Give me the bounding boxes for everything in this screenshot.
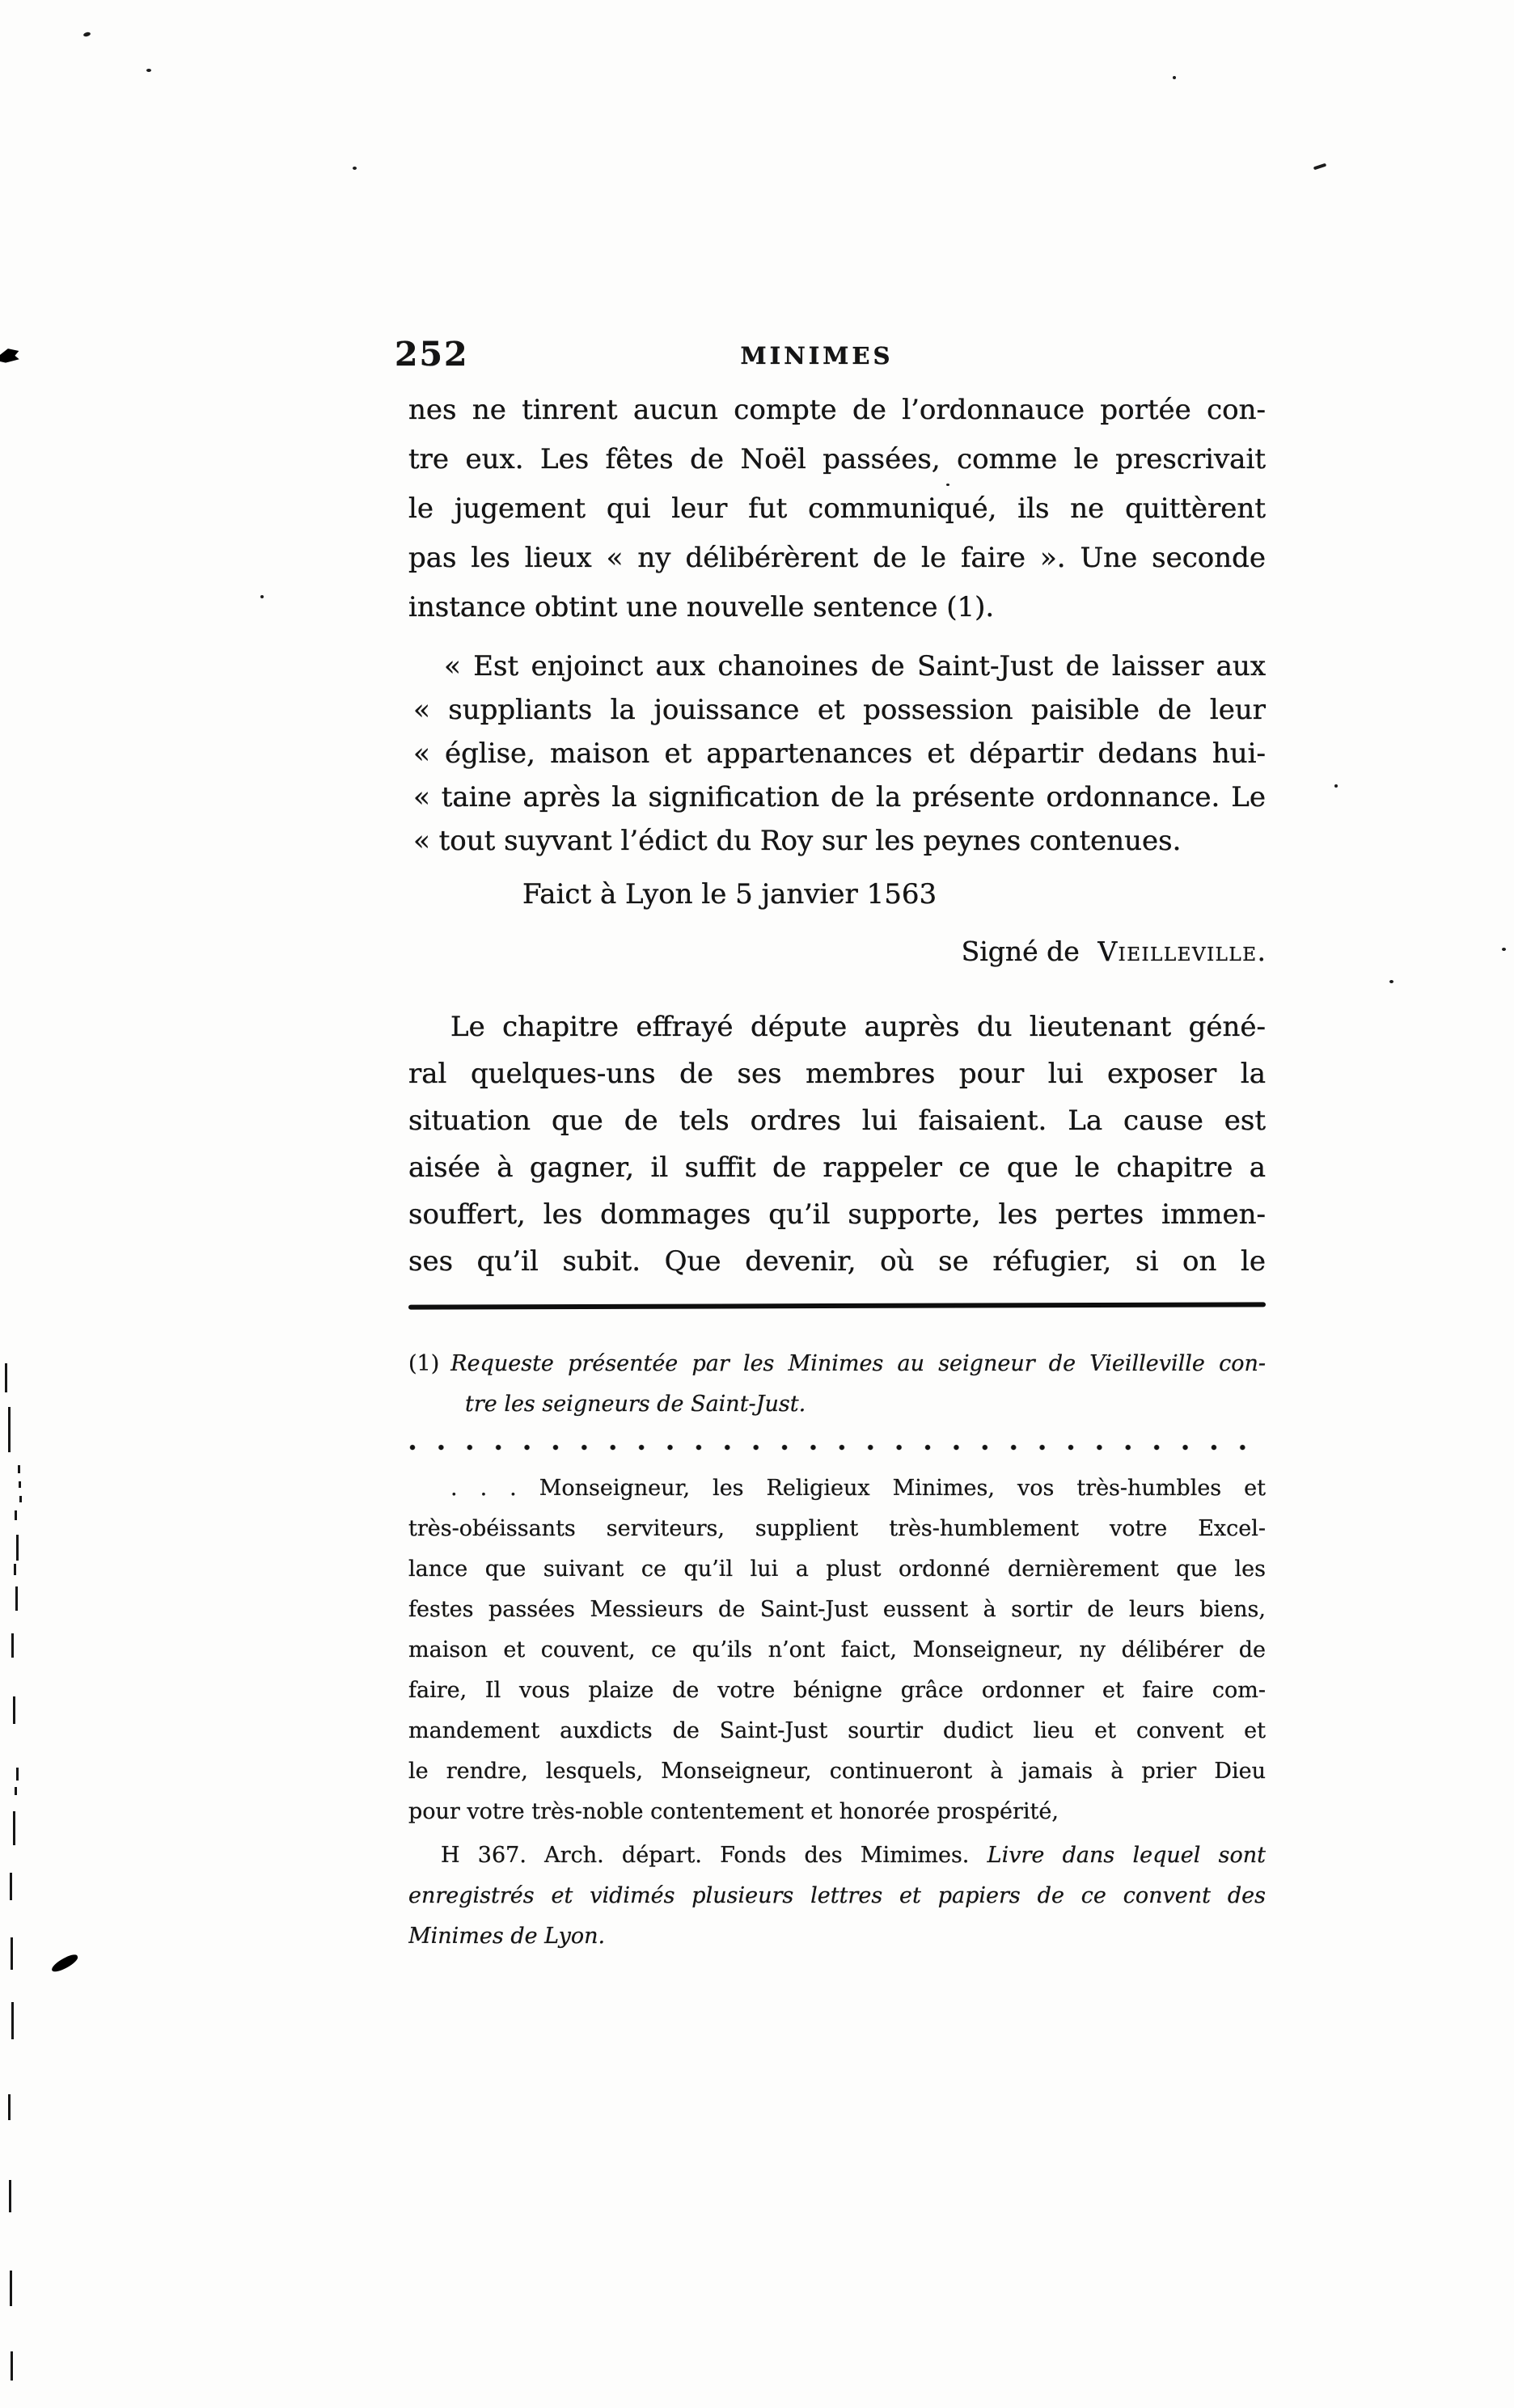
scan-artifact-tick [15, 1787, 17, 1795]
scan-artifact-tick [11, 1937, 13, 1970]
footnote-marker: (1) [408, 1351, 439, 1376]
text-line: tre eux. Les fêtes de Noël passées, comm… [408, 435, 1266, 484]
scanned-book-page: 252 MINIMES nes ne tinrent aucun compte … [0, 0, 1514, 2408]
footnote-line: H 367. Arch. départ. Fonds des Mimimes. … [408, 1836, 1266, 1876]
scan-artifact-tick [5, 1363, 7, 1392]
scan-artifact-speck [1502, 948, 1506, 951]
quote-line: « tout suyvant l’édict du Roy sur les pe… [413, 819, 1266, 863]
footnote-line: Minimes de Lyon. [408, 1916, 1266, 1957]
quote-line: « suppliants la jouissance et possession… [413, 688, 1266, 732]
text-line: ral quelques-uns de ses membres pour lui… [408, 1050, 1266, 1097]
footnote-line: pour votre très-noble contentement et ho… [408, 1792, 1266, 1832]
text-line: instance obtint une nouvelle sentence (1… [408, 583, 1266, 632]
scan-artifact-tick [13, 1811, 15, 1845]
signature-period: . [1258, 936, 1267, 967]
running-title: MINIMES [408, 342, 1266, 370]
footnote-line: lance que suivant ce qu’il lui a plust o… [408, 1549, 1266, 1590]
text-line: situation que de tels ordres lui faisaie… [408, 1097, 1266, 1144]
scan-artifact-tick [11, 2002, 14, 2039]
scan-artifact-speck [1173, 76, 1176, 79]
scan-artifact-tick [18, 1465, 20, 1473]
blockquote-ordinance: « Est enjoinct aux chanoines de Saint-Ju… [408, 644, 1266, 863]
footnote-1-citation: (1)Requeste présentée par les Minimes au… [408, 1344, 1266, 1425]
footnote-line: mandement auxdicts de Saint-Just sourtir… [408, 1711, 1266, 1751]
scan-artifact-speck [353, 167, 357, 170]
quote-line: « église, maison et appartenances et dép… [413, 732, 1266, 775]
scan-artifact-tick [14, 1564, 16, 1575]
text-line: pas les lieux « ny délibérèrent de le fa… [408, 534, 1266, 583]
scan-artifact-speck [1389, 980, 1393, 983]
scan-artifact-tick [16, 1768, 19, 1781]
scan-artifact-tick [19, 1481, 21, 1488]
footnote-line: enregistrés et vidimés plusieurs lettres… [408, 1876, 1266, 1916]
footnote-line: le rendre, lesquels, Monseigneur, contin… [408, 1751, 1266, 1792]
scan-artifact-tick [16, 1535, 19, 1561]
scan-artifact-tick [11, 2351, 13, 2381]
footnote-line: tre les seigneurs de Saint-Just. [408, 1384, 1266, 1425]
scan-artifact-tick [19, 1496, 22, 1502]
scan-artifact-tick [15, 1510, 17, 1520]
scan-artifact-ink-blot [0, 347, 20, 363]
archive-reference-roman: H 367. Arch. départ. Fonds des Mimimes. [441, 1843, 969, 1868]
footnote-petition-text: . . . Monseigneur, les Religieux Minimes… [408, 1468, 1266, 1832]
archive-reference-italic: Livre dans lequel sont [987, 1843, 1266, 1868]
text-line: nes ne tinrent aucun compte de l’ordonna… [408, 386, 1266, 435]
scan-artifact-speck [260, 595, 264, 598]
footnote-line: faire, Il vous plaize de votre bénigne g… [408, 1671, 1266, 1711]
scan-artifact-tick [10, 2271, 12, 2306]
scan-artifact-tick [10, 1873, 12, 1900]
footnote-separator-rule [408, 1302, 1266, 1309]
signature-name: Vieilleville [1097, 936, 1257, 967]
text-line: Le chapitre effrayé députe auprès du lie… [408, 1003, 1266, 1050]
footnote-line: festes passées Messieurs de Saint-Just e… [408, 1590, 1266, 1630]
scan-artifact-tick [13, 1696, 15, 1724]
footnote-line: très-obéissants serviteurs, supplient tr… [408, 1509, 1266, 1549]
scan-artifact-speck [146, 69, 151, 72]
scan-artifact-tick [8, 2094, 11, 2120]
scan-artifact-tick [11, 1633, 14, 1658]
footnote-line: maison et couvent, ce qu’ils n’ont faict… [408, 1630, 1266, 1671]
scan-artifact-speck [1334, 784, 1338, 788]
text-line: aisée à gagner, il suffit de rappeler ce… [408, 1144, 1266, 1191]
text-line: souffert, les dommages qu’il supporte, l… [408, 1191, 1266, 1238]
signature-prefix: Signé de [962, 936, 1080, 967]
scan-artifact-tick [9, 2180, 11, 2212]
dateline: Faict à Lyon le 5 janvier 1563 [522, 877, 1250, 911]
scan-artifact-speck [946, 484, 949, 486]
footnote-line: . . . Monseigneur, les Religieux Minimes… [408, 1468, 1266, 1509]
footnote-line: (1)Requeste présentée par les Minimes au… [408, 1344, 1266, 1384]
ellipsis-dotted-line [408, 1443, 1266, 1452]
quote-line: « Est enjoinct aux chanoines de Saint-Ju… [413, 644, 1266, 688]
text-line: le jugement qui leur fut communiqué, ils… [408, 484, 1266, 534]
scan-artifact-speck [83, 32, 91, 37]
paragraph-1: nes ne tinrent aucun compte de l’ordonna… [408, 386, 1266, 632]
footnote-italic-text: Requeste présentée par les Minimes au se… [450, 1351, 1266, 1376]
scan-artifact-tick [8, 1433, 11, 1452]
scan-artifact-tick [15, 1586, 18, 1611]
quote-line: « taine après la signification de la pré… [413, 775, 1266, 819]
footnote-archive-reference: H 367. Arch. départ. Fonds des Mimimes. … [408, 1836, 1266, 1957]
signature-line: Signé de Vieilleville. [408, 935, 1266, 969]
scan-artifact-speck [1313, 163, 1326, 171]
scan-artifact-ink-blot [49, 1952, 80, 1974]
paragraph-2: Le chapitre effrayé députe auprès du lie… [408, 1003, 1266, 1285]
text-line: ses qu’il subit. Que devenir, où se réfu… [408, 1238, 1266, 1285]
